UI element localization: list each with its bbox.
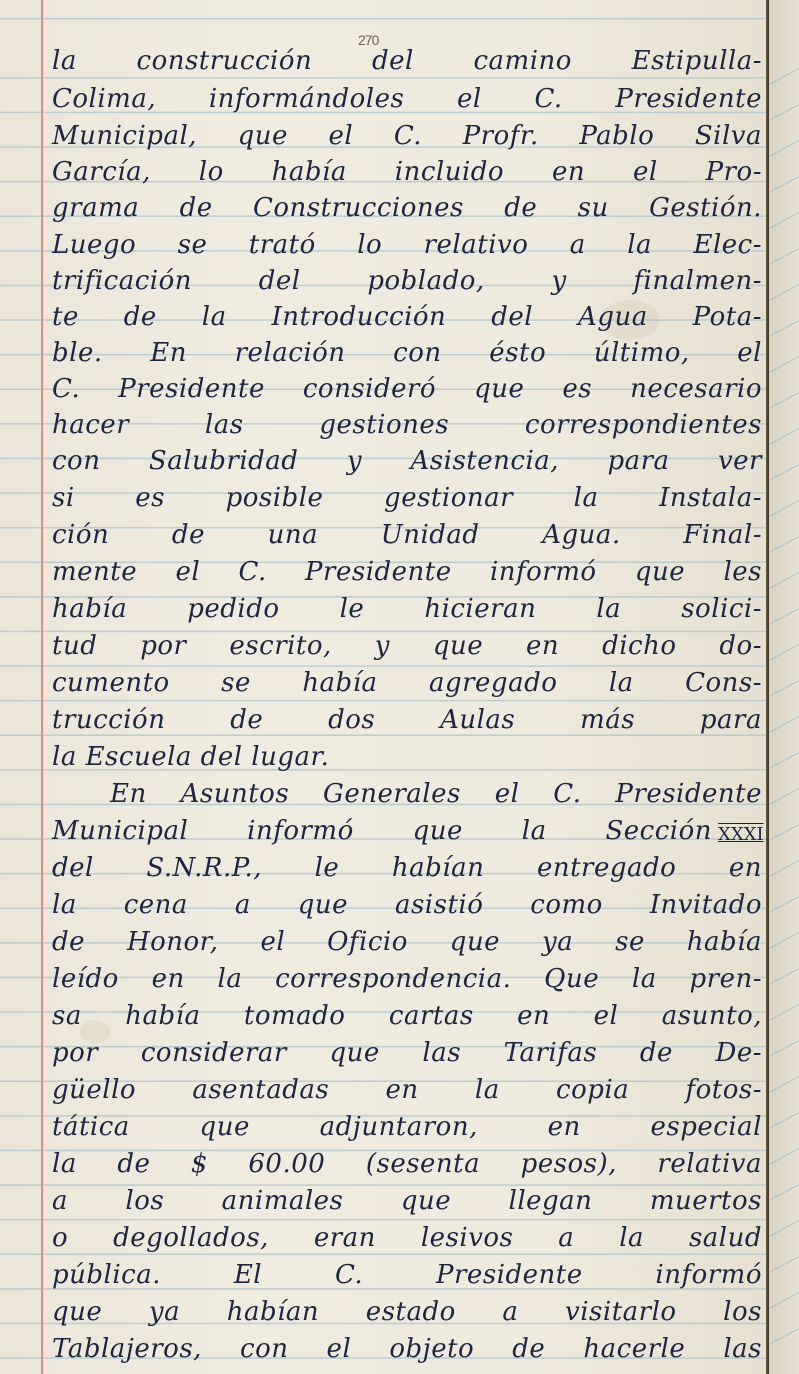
text-line: güello asentadas en la copia fotos- <box>52 1073 762 1107</box>
text-line: Municipal, que el C. Profr. Pablo Silva <box>52 119 762 153</box>
text-line: cumento se había agregado la Cons- <box>52 666 762 700</box>
text-line: C. Presidente consideró que es necesario <box>52 372 762 406</box>
text-line: trucción de dos Aulas más para <box>52 703 762 737</box>
adjacent-page-edge <box>769 0 799 1374</box>
text-line: había pedido le hicieran la solici- <box>52 592 762 626</box>
text-line: García, lo había incluido en el Pro- <box>52 155 762 189</box>
section-roman-numeral: XXXI <box>718 818 768 852</box>
text-line: o degollados, eran lesivos a la salud <box>52 1221 762 1255</box>
text-line: tud por escrito, y que en dicho do- <box>52 629 762 663</box>
red-margin-line <box>41 0 43 1374</box>
text-line: te de la Introducción del Agua Pota- <box>52 300 762 334</box>
text-line: a los animales que llegan muertos <box>52 1184 762 1218</box>
text-line: que ya habían estado a visitarlo los <box>52 1295 762 1329</box>
text-line: Luego se trató lo relativo a la Elec- <box>52 228 762 262</box>
text-line: mente el C. Presidente informó que les <box>52 555 762 589</box>
text-line: por considerar que las Tarifas de De- <box>52 1036 762 1070</box>
text-line: trificación del poblado, y finalmen- <box>52 264 762 298</box>
text-line: la construcción del camino Estipulla- <box>52 44 762 78</box>
text-line: grama de Construcciones de su Gestión. <box>52 191 762 225</box>
text-line: hacer las gestiones correspondientes <box>52 408 762 442</box>
text-line-paragraph-start: En Asuntos Generales el C. Presidente <box>110 777 762 811</box>
text-line: leído en la correspondencia. Que la pren… <box>52 962 762 996</box>
ledger-page: 270 la construcción del camino Estipulla… <box>0 0 768 1374</box>
text-line: la de $ 60.00 (sesenta pesos), relativa <box>52 1147 762 1181</box>
text-line: Tablajeros, con el objeto de hacerle las <box>52 1332 762 1366</box>
text-line: de Honor, el Oficio que ya se había <box>52 925 762 959</box>
text-line: si es posible gestionar la Instala- <box>52 481 762 515</box>
text-line: pública. El C. Presidente informó <box>52 1258 762 1292</box>
text-line: del S.N.R.P., le habían entregado en <box>52 851 762 885</box>
text-line: con Salubridad y Asistencia, para ver <box>52 444 762 478</box>
text-line: la cena a que asistió como Invitado <box>52 888 762 922</box>
text-line: la Escuela del lugar. <box>52 740 762 774</box>
text-line: Colima, informándoles el C. Presidente <box>52 82 762 116</box>
text-line: ción de una Unidad Agua. Final- <box>52 518 762 552</box>
text-line: tática que adjuntaron, en especial <box>52 1110 762 1144</box>
text-line: ble. En relación con ésto último, el <box>52 336 762 370</box>
text-line: sa había tomado cartas en el asunto, <box>52 999 762 1033</box>
text-line: Municipal informó que la Sección <box>52 814 712 848</box>
